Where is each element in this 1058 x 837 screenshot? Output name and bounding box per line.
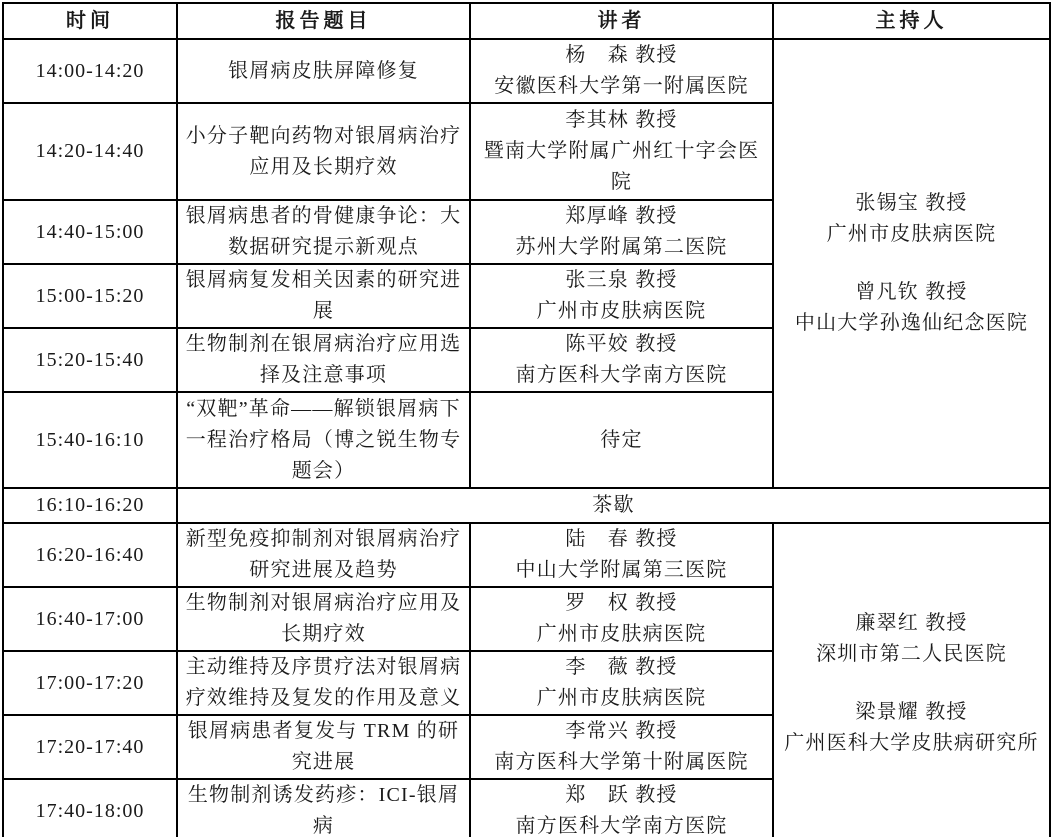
moderator-affiliation: 中山大学孙逸仙纪念医院 (780, 308, 1043, 339)
speaker-name: 陆 春 教授 (477, 524, 766, 555)
speaker-name: 李其林 教授 (477, 105, 766, 136)
moderator-name: 梁景耀 教授 (780, 697, 1043, 728)
table-row: 16:20-16:40 新型免疫抑制剂对银屑病治疗研究进展及趋势 陆 春 教授 … (3, 523, 1050, 587)
header-row: 时间 报告题目 讲者 主持人 (3, 3, 1050, 39)
speaker-name: 李 薇 教授 (477, 652, 766, 683)
time-cell: 16:20-16:40 (3, 523, 177, 587)
moderator-affiliation: 深圳市第二人民医院 (780, 639, 1043, 670)
moderator-name: 曾凡钦 教授 (780, 277, 1043, 308)
moderator-block: 廉翠红 教授 深圳市第二人民医院 (780, 608, 1043, 670)
speaker-affiliation: 广州市皮肤病医院 (477, 619, 766, 650)
speaker-cell: 李常兴 教授 南方医科大学第十附属医院 (470, 715, 773, 779)
speaker-affiliation: 暨南大学附属广州红十字会医院 (477, 136, 766, 198)
speaker-cell: 待定 (470, 392, 773, 488)
moderator-block: 曾凡钦 教授 中山大学孙逸仙纪念医院 (780, 277, 1043, 339)
speaker-affiliation: 南方医科大学第十附属医院 (477, 747, 766, 778)
speaker-cell: 陆 春 教授 中山大学附属第三医院 (470, 523, 773, 587)
speaker-cell: 李 薇 教授 广州市皮肤病医院 (470, 651, 773, 715)
talk-title-cell: 生物制剂对银屑病治疗应用及长期疗效 (177, 587, 470, 651)
speaker-cell: 郑 跃 教授 南方医科大学南方医院 (470, 779, 773, 837)
talk-title-cell: 银屑病皮肤屏障修复 (177, 39, 470, 103)
speaker-affiliation: 安徽医科大学第一附属医院 (477, 71, 766, 102)
speaker-affiliation: 南方医科大学南方医院 (477, 360, 766, 391)
time-cell: 17:40-18:00 (3, 779, 177, 837)
moderator-cell-session2: 廉翠红 教授 深圳市第二人民医院 梁景耀 教授 广州医科大学皮肤病研究所 (773, 523, 1050, 837)
moderator-affiliation: 广州医科大学皮肤病研究所 (780, 728, 1043, 759)
speaker-affiliation: 南方医科大学南方医院 (477, 811, 766, 837)
moderator-name: 张锡宝 教授 (780, 188, 1043, 219)
time-cell: 14:00-14:20 (3, 39, 177, 103)
time-cell: 17:00-17:20 (3, 651, 177, 715)
speaker-name: 待定 (477, 425, 766, 456)
moderator-cell-session1: 张锡宝 教授 广州市皮肤病医院 曾凡钦 教授 中山大学孙逸仙纪念医院 (773, 39, 1050, 488)
speaker-affiliation: 广州市皮肤病医院 (477, 683, 766, 714)
speaker-cell: 郑厚峰 教授 苏州大学附属第二医院 (470, 200, 773, 264)
moderator-block: 梁景耀 教授 广州医科大学皮肤病研究所 (780, 697, 1043, 759)
time-cell: 16:40-17:00 (3, 587, 177, 651)
speaker-cell: 张三泉 教授 广州市皮肤病医院 (470, 264, 773, 328)
talk-title-cell: 生物制剂诱发药疹：ICI-银屑病 (177, 779, 470, 837)
speaker-name: 陈平姣 教授 (477, 329, 766, 360)
speaker-name: 郑 跃 教授 (477, 780, 766, 811)
time-cell: 15:40-16:10 (3, 392, 177, 488)
speaker-affiliation: 广州市皮肤病医院 (477, 296, 766, 327)
speaker-affiliation: 中山大学附属第三医院 (477, 555, 766, 586)
talk-title-cell: 小分子靶向药物对银屑病治疗应用及长期疗效 (177, 103, 470, 200)
speaker-affiliation: 苏州大学附属第二医院 (477, 232, 766, 263)
speaker-name: 罗 权 教授 (477, 588, 766, 619)
column-header-speaker: 讲者 (470, 3, 773, 39)
column-header-moderator: 主持人 (773, 3, 1050, 39)
talk-title-cell: 银屑病患者复发与 TRM 的研究进展 (177, 715, 470, 779)
time-cell: 16:10-16:20 (3, 488, 177, 523)
speaker-name: 李常兴 教授 (477, 716, 766, 747)
time-cell: 15:20-15:40 (3, 328, 177, 392)
speaker-cell: 李其林 教授 暨南大学附属广州红十字会医院 (470, 103, 773, 200)
talk-title-cell: 新型免疫抑制剂对银屑病治疗研究进展及趋势 (177, 523, 470, 587)
column-header-time: 时间 (3, 3, 177, 39)
talk-title-cell: “双靶”革命——解锁银屑病下一程治疗格局（博之锐生物专题会） (177, 392, 470, 488)
time-cell: 14:40-15:00 (3, 200, 177, 264)
conference-schedule-table: 时间 报告题目 讲者 主持人 14:00-14:20 银屑病皮肤屏障修复 杨 森… (2, 2, 1051, 837)
tea-break-cell: 茶歇 (177, 488, 1050, 523)
speaker-name: 张三泉 教授 (477, 265, 766, 296)
column-header-title: 报告题目 (177, 3, 470, 39)
moderator-block: 张锡宝 教授 广州市皮肤病医院 (780, 188, 1043, 250)
talk-title-cell: 银屑病复发相关因素的研究进展 (177, 264, 470, 328)
time-cell: 17:20-17:40 (3, 715, 177, 779)
table-row: 14:00-14:20 银屑病皮肤屏障修复 杨 森 教授 安徽医科大学第一附属医… (3, 39, 1050, 103)
moderator-affiliation: 广州市皮肤病医院 (780, 219, 1043, 250)
talk-title-cell: 银屑病患者的骨健康争论：大数据研究提示新观点 (177, 200, 470, 264)
speaker-name: 杨 森 教授 (477, 40, 766, 71)
moderator-name: 廉翠红 教授 (780, 608, 1043, 639)
speaker-cell: 陈平姣 教授 南方医科大学南方医院 (470, 328, 773, 392)
speaker-cell: 罗 权 教授 广州市皮肤病医院 (470, 587, 773, 651)
talk-title-cell: 主动维持及序贯疗法对银屑病疗效维持及复发的作用及意义 (177, 651, 470, 715)
speaker-name: 郑厚峰 教授 (477, 201, 766, 232)
time-cell: 14:20-14:40 (3, 103, 177, 200)
speaker-cell: 杨 森 教授 安徽医科大学第一附属医院 (470, 39, 773, 103)
tea-break-row: 16:10-16:20 茶歇 (3, 488, 1050, 523)
time-cell: 15:00-15:20 (3, 264, 177, 328)
talk-title-cell: 生物制剂在银屑病治疗应用选择及注意事项 (177, 328, 470, 392)
